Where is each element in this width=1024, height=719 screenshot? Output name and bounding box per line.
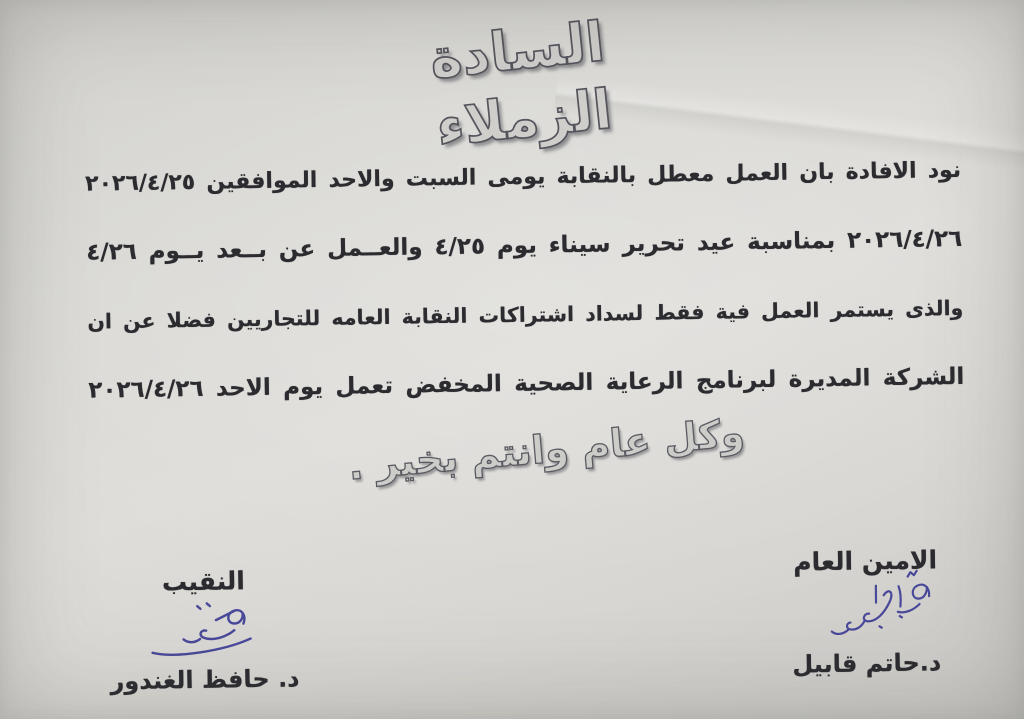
president-name: د. حافظ الغندور bbox=[105, 664, 305, 695]
signature-block-secretary-general: الامين العام د.حاتم قابيل bbox=[775, 545, 957, 679]
president-role: النقيب bbox=[103, 565, 303, 597]
document-content: السادة الزملاء نود الافادة بان العمل معط… bbox=[0, 0, 1024, 719]
body-line: الشركة المديرة لبرنامج الرعاية الصحية ال… bbox=[88, 343, 965, 426]
secretary-general-signature bbox=[790, 565, 941, 661]
signature-block-president: النقيب د. حافظ الغندور bbox=[103, 565, 305, 695]
scanned-notice-photo: { "notice": { "title": "السادة الزملاء",… bbox=[0, 0, 1024, 719]
president-signature bbox=[139, 595, 270, 668]
notice-body: نود الافادة بان العمل معطل بالنقابة يومى… bbox=[85, 136, 965, 426]
